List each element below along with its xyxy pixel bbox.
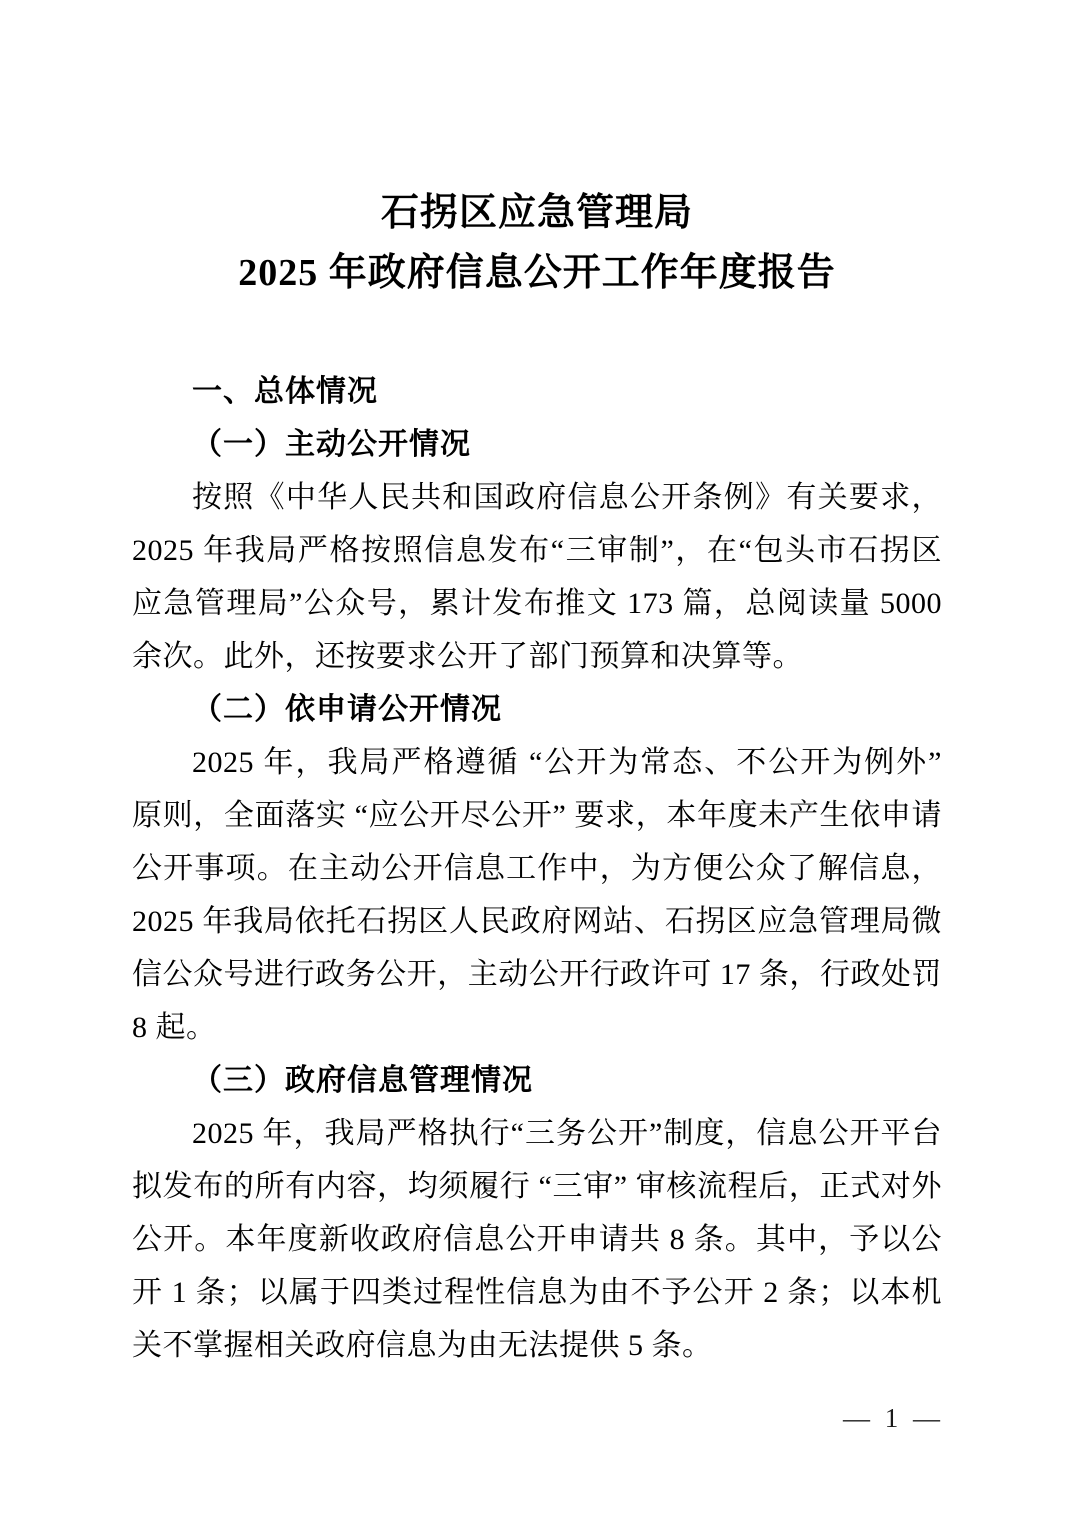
- subsection-heading-disclosure-upon-request: （二）依申请公开情况: [132, 683, 942, 736]
- subsection-heading-information-management: （三）政府信息管理情况: [132, 1054, 942, 1107]
- paragraph-disclosure-upon-request: 2025 年，我局严格遵循 “公开为常态、不公开为例外” 原则，全面落实 “应公…: [132, 736, 942, 1054]
- paragraph-information-management: 2025 年，我局严格执行“三务公开”制度，信息公开平台拟发布的所有内容，均须履…: [132, 1107, 942, 1372]
- document-title-line1: 石拐区应急管理局: [0, 183, 1074, 243]
- document-page: 石拐区应急管理局 2025 年政府信息公开工作年度报告 一、总体情况 （一）主动…: [0, 0, 1074, 1520]
- document-title: 石拐区应急管理局 2025 年政府信息公开工作年度报告: [0, 0, 1074, 303]
- document-title-line2: 2025 年政府信息公开工作年度报告: [0, 243, 1074, 303]
- page-number: — 1 —: [843, 1403, 944, 1434]
- document-body: 一、总体情况 （一）主动公开情况 按照《中华人民共和国政府信息公开条例》有关要求…: [132, 365, 942, 1372]
- subsection-heading-proactive-disclosure: （一）主动公开情况: [132, 418, 942, 471]
- paragraph-proactive-disclosure: 按照《中华人民共和国政府信息公开条例》有关要求，2025 年我局严格按照信息发布…: [132, 471, 942, 683]
- section-heading-overall-situation: 一、总体情况: [132, 365, 942, 418]
